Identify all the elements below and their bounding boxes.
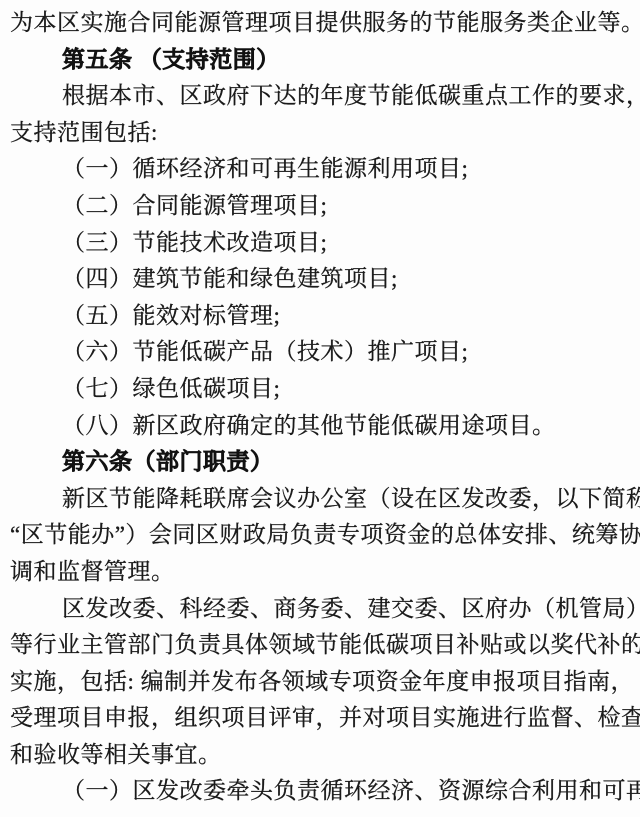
- document-line: （六）节能低碳产品（技术）推广项目;: [0, 334, 640, 371]
- document-line: （四）建筑节能和绿色建筑项目;: [0, 261, 640, 298]
- document-line: 调和监督管理。: [0, 554, 640, 591]
- document-line: 实施，包括: 编制并发布各领域专项资金年度申报项目指南，: [0, 664, 640, 701]
- document-line: （一）区发改委牵头负责循环经济、资源综合利用和可再: [0, 773, 640, 810]
- document-line: 支持范围包括:: [0, 115, 640, 152]
- document-page: 为本区实施合同能源管理项目提供服务的节能服务类企业等。第五条 （支持范围）根据本…: [0, 0, 640, 817]
- document-line: （一）循环经济和可再生能源利用项目;: [0, 151, 640, 188]
- document-heading-line: 第六条（部门职责）: [0, 444, 640, 481]
- document-line: （八）新区政府确定的其他节能低碳用途项目。: [0, 408, 640, 445]
- document-body: 为本区实施合同能源管理项目提供服务的节能服务类企业等。第五条 （支持范围）根据本…: [0, 5, 640, 810]
- document-line: 区发改委、科经委、商务委、建交委、区府办（机管局）: [0, 591, 640, 628]
- document-line: “区节能办”）会同区财政局负责专项资金的总体安排、统筹协: [0, 517, 640, 554]
- document-line: （三）节能技术改造项目;: [0, 225, 640, 262]
- document-line: 受理项目申报，组织项目评审，并对项目实施进行监督、检查: [0, 700, 640, 737]
- document-line: 新区节能降耗联席会议办公室（设在区发改委，以下简称: [0, 481, 640, 518]
- document-line: 为本区实施合同能源管理项目提供服务的节能服务类企业等。: [0, 5, 640, 42]
- document-line: （五）能效对标管理;: [0, 298, 640, 335]
- document-line: （七）绿色低碳项目;: [0, 371, 640, 408]
- document-line: （二）合同能源管理项目;: [0, 188, 640, 225]
- document-line: 根据本市、区政府下达的年度节能低碳重点工作的要求，: [0, 78, 640, 115]
- document-line: 等行业主管部门负责具体领域节能低碳项目补贴或以奖代补的: [0, 627, 640, 664]
- document-heading-line: 第五条 （支持范围）: [0, 42, 640, 79]
- document-line: 和验收等相关事宜。: [0, 737, 640, 774]
